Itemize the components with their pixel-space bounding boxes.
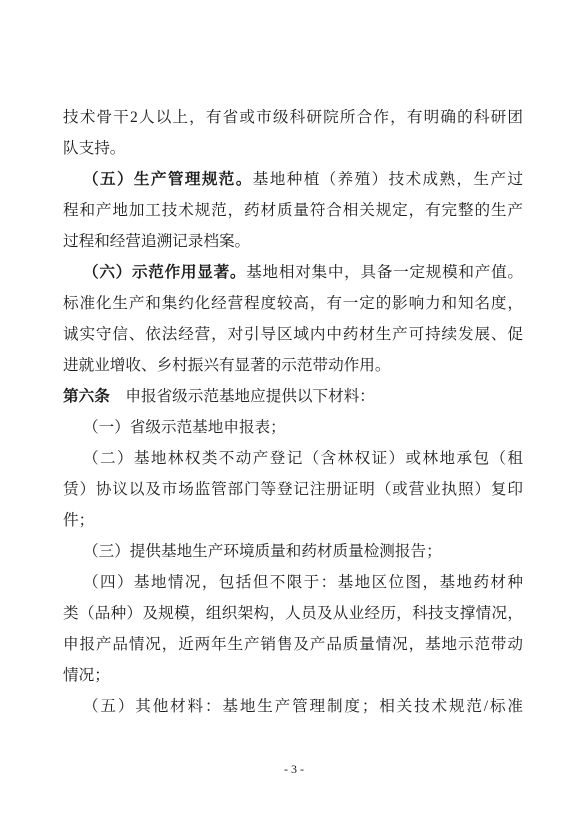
text-run: 赁）协议以及市场监管部门等登记注册证明（或营业执照）复印 (63, 481, 523, 498)
text-line: （一）省级示范基地申报表； (63, 412, 523, 443)
text-line: 件； (63, 505, 523, 536)
text-run: 标准化生产和集约化经营程度较高，有一定的影响力和知名度， (63, 295, 523, 312)
bold-text-run: （五）生产管理规范。 (83, 171, 253, 188)
text-run: （二）基地林权类不动产登记（含林权证）或林地承包（租 (83, 450, 523, 467)
text-run: 申报省级示范基地应提供以下材料： (110, 388, 375, 405)
text-line: 程和产地加工技术规范，药材质量符合相关规定，有完整的生产 (63, 195, 523, 226)
bold-text-run: （六）示范作用显著。 (83, 264, 246, 281)
text-line: 赁）协议以及市场监管部门等登记注册证明（或营业执照）复印 (63, 474, 523, 505)
text-run: （五）其他材料：基地生产管理制度；相关技术规范/标准 (83, 698, 523, 715)
text-run: 基地相对集中，具备一定规模和产值。 (246, 264, 523, 281)
text-run: 诚实守信、依法经营，对引导区域内中药材生产可持续发展、促 (63, 326, 523, 343)
text-run: 队支持。 (63, 140, 125, 157)
text-line: （四）基地情况，包括但不限于：基地区位图，基地药材种 (63, 567, 523, 598)
text-run: 件； (63, 512, 94, 529)
text-line: 过程和经营追溯记录档案。 (63, 226, 523, 257)
text-line: 标准化生产和集约化经营程度较高，有一定的影响力和知名度， (63, 288, 523, 319)
text-line: （五）其他材料：基地生产管理制度；相关技术规范/标准 (63, 691, 523, 722)
text-line: 第六条 申报省级示范基地应提供以下材料： (63, 381, 523, 412)
text-line: 技术骨干2人以上，有省或市级科研院所合作，有明确的科研团 (63, 102, 523, 133)
text-run: 进就业增收、乡村振兴有显著的示范带动作用。 (63, 357, 390, 374)
text-block: 技术骨干2人以上，有省或市级科研院所合作，有明确的科研团队支持。（五）生产管理规… (63, 102, 523, 722)
text-line: 进就业增收、乡村振兴有显著的示范带动作用。 (63, 350, 523, 381)
bold-text-run: 第六条 (63, 388, 110, 405)
text-run: （三）提供基地生产环境质量和药材质量检测报告； (83, 543, 442, 560)
text-line: （五）生产管理规范。基地种植（养殖）技术成熟，生产过 (63, 164, 523, 195)
text-run: 申报产品情况，近两年生产销售及产品质量情况，基地示范带动 (63, 636, 523, 653)
text-run: 过程和经营追溯记录档案。 (63, 233, 250, 250)
page-number: - 3 - (284, 762, 304, 776)
text-run: 技术骨干2人以上，有省或市级科研院所合作，有明确的科研团 (63, 109, 523, 126)
text-line: 队支持。 (63, 133, 523, 164)
text-run: 基地种植（养殖）技术成熟，生产过 (253, 171, 523, 188)
text-run: 类（品种）及规模，组织架构，人员及从业经历，科技支撑情况， (63, 605, 523, 622)
text-run: 程和产地加工技术规范，药材质量符合相关规定，有完整的生产 (63, 202, 523, 219)
text-run: （四）基地情况，包括但不限于：基地区位图，基地药材种 (83, 574, 523, 591)
text-run: （一）省级示范基地申报表； (83, 419, 286, 436)
page-footer: - 3 - (0, 761, 588, 777)
text-line: 类（品种）及规模，组织架构，人员及从业经历，科技支撑情况， (63, 598, 523, 629)
document-page: 技术骨干2人以上，有省或市级科研院所合作，有明确的科研团队支持。（五）生产管理规… (0, 0, 588, 840)
text-line: 诚实守信、依法经营，对引导区域内中药材生产可持续发展、促 (63, 319, 523, 350)
text-line: 申报产品情况，近两年生产销售及产品质量情况，基地示范带动 (63, 629, 523, 660)
text-line: （三）提供基地生产环境质量和药材质量检测报告； (63, 536, 523, 567)
text-line: （六）示范作用显著。基地相对集中，具备一定规模和产值。 (63, 257, 523, 288)
text-line: 情况； (63, 660, 523, 691)
text-run: 情况； (63, 667, 110, 684)
text-line: （二）基地林权类不动产登记（含林权证）或林地承包（租 (63, 443, 523, 474)
